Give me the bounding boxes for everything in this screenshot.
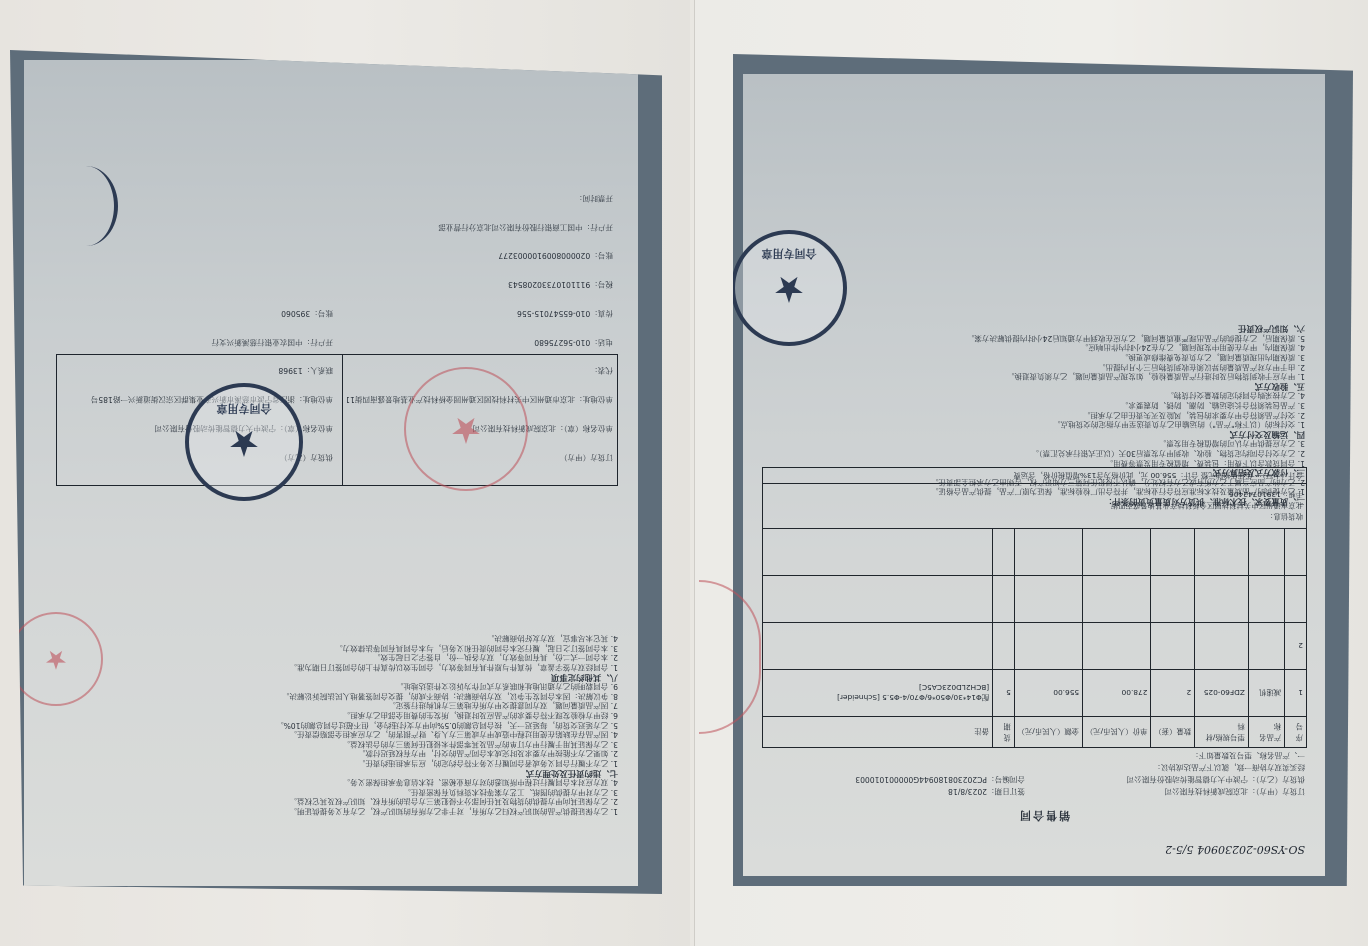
buyer-bank-row: 开户行：中国工商银行股份有限公司北京分行营业部 <box>347 222 613 232</box>
table-cell: 2 <box>1151 670 1195 717</box>
table-cell <box>763 529 993 576</box>
table-cell <box>1285 576 1307 623</box>
seller-bank-row: 开户行：中国农业银行慈溪新兴支行 <box>61 337 333 347</box>
table-cell <box>993 576 1015 623</box>
buyer-tax-row: 税号：91110107330208543 <box>347 280 613 290</box>
contract-number: 合同编号：PC202308180944G000001010003 <box>855 774 1025 784</box>
column-header: 备注 <box>763 717 993 748</box>
handwritten-note: SO-YS60-20230904 5/5-2 <box>1165 843 1305 856</box>
table-cell <box>1014 623 1082 670</box>
clause-line: 8. 争议解决：因本合同发生争议，双方协商解决；协商不成的，提交合同签署地人民法… <box>58 691 618 701</box>
column-header: 型号规格/材料 <box>1195 717 1249 748</box>
clause-line: 1. 乙方保证提供产品的知识产权归乙方所有，对于非乙方所有的知识产权，乙方有义务… <box>58 806 618 816</box>
right-page-sheet: SO-YS60-20230904 5/5-2 销售合同 订货方（甲方）：北京院成… <box>694 0 1368 946</box>
clause-line: 2. 乙方保证其向甲方提供的货物及其任何部分不侵犯第三方合法的所有权、知识产权及… <box>58 797 618 807</box>
table-cell <box>1248 576 1284 623</box>
table-row: 2 <box>763 623 1307 670</box>
clause-line: 4. 质保期内，甲方在使用中发现问题，乙方在24小时内作出响应。 <box>765 343 1305 353</box>
clause-line: 2. 由于甲方对产品质量的异议须在收到货物后三个月内提出。 <box>765 362 1305 372</box>
clause-line: 7. 因产品质量问题，双方同意提交甲方所在地第三方机构进行鉴定。 <box>58 701 618 711</box>
clause-line: 4. 乙方按采购合同约定的数量交付货物。 <box>765 391 1305 401</box>
clause-line: 四、运输及交付方式 <box>765 429 1305 439</box>
right-clauses: 二、质量要求、技术标准、供货方对质量负责的条件：1. 乙方提供的产品质量及技术标… <box>765 324 1305 506</box>
clause-line: 1. 乙方不履行合同义务或者合同履行义务不符合约定的，应当承担违约责任。 <box>58 758 618 768</box>
table-cell <box>993 529 1015 576</box>
clause-line: 七、违约责任及处理方式 <box>58 768 618 778</box>
clause-line: 5. 质保期后，乙方提供的产品出现严重质量问题，乙方应在收到甲方通知后24小时内… <box>765 333 1305 343</box>
table-cell <box>1151 576 1195 623</box>
buyer-line: 订货方（甲方）：北京院成新科技有限公司 <box>1165 786 1305 796</box>
clause-line: 2. 交付产品须符合甲方要求的包装，风险及灭失责任由乙方承担。 <box>765 410 1305 420</box>
clause-line: 2. 乙方的产品应当属于乙方所有或乙方有权处分，确认不侵犯任何第三方知识产权，否… <box>765 477 1305 487</box>
table-cell <box>1248 623 1284 670</box>
partial-stamp-arc <box>54 166 118 246</box>
buyer-date-row: 开票时间： <box>347 193 613 203</box>
table-cell <box>763 623 993 670</box>
right-page-content: SO-YS60-20230904 5/5-2 销售合同 订货方（甲方）：北京院成… <box>743 74 1325 876</box>
column-header: 序号 <box>1285 717 1307 748</box>
table-cell: 556.00 <box>1014 670 1082 717</box>
section1-intro: 一、产品名称、型号及数量如下： <box>1191 750 1305 760</box>
left-page-content: 1. 乙方保证提供产品的知识产权归乙方所有，对于非乙方所有的知识产权，乙方有义务… <box>24 60 638 886</box>
table-row: 1减速机ZDF60-0252278.00556.005配Φ14*30/Φ50*6… <box>763 670 1307 717</box>
buyer-fax-row: 传真：010-65547015-556 <box>347 308 613 318</box>
clause-line: 3. 质保期内出现质量问题，乙方负责免费维修或更换。 <box>765 353 1305 363</box>
table-cell: 减速机 <box>1248 670 1284 717</box>
stamp-label: 合同专用章 <box>762 246 817 262</box>
column-header: 数量（套） <box>1151 717 1195 748</box>
seller-contract-blue-stamp: ★ 合同专用章 <box>731 230 847 346</box>
seller-contract-blue-stamp: ★ 合同专用章 <box>185 383 303 501</box>
table-cell <box>1195 576 1249 623</box>
clause-line: 1. 交付标的（以下称"产品"）的运输由乙方负责送至甲方指定的交货地点。 <box>765 420 1305 430</box>
table-cell: 2 <box>1285 623 1307 670</box>
table-cell <box>1195 529 1249 576</box>
clause-line: 1. 合同货款含以下费用：包装费、增值税专用发票等费用。 <box>765 458 1305 468</box>
edge-red-seal: ★ <box>9 612 103 706</box>
column-header: 产品名称 <box>1248 717 1284 748</box>
table-cell <box>763 576 993 623</box>
clause-line: 3. 乙方应提供甲方认可的增值税专用发票。 <box>765 439 1305 449</box>
clause-line: 3. 乙方对甲方提供的图纸、工艺方案等技术资料负有保密责任。 <box>58 787 618 797</box>
clause-line: 1. 合同经双方签字盖章，传真件与原件具有同等效力，合同生效以传真件上的合同签订… <box>58 663 618 673</box>
contract-title: 销售合同 <box>1018 808 1070 824</box>
column-header: 货期 <box>993 717 1015 748</box>
table-cell <box>1083 529 1151 576</box>
goods-table: 序号产品名称型号规格/材料数量（套）单价（人民币/元）金额（人民币/元）货期备注… <box>762 467 1307 748</box>
clause-line: 9. 合同载明的乙方通讯地址和联系方式可作为诉讼文件送达地址。 <box>58 682 618 692</box>
table-cell <box>1083 576 1151 623</box>
clause-line: 4. 双方应对本合同履行过程中所知悉的对方商业秘密、技术信息等承担保密义务。 <box>58 778 618 788</box>
clause-line: 三、付款方式及结算方式 <box>765 468 1305 478</box>
clause-line: 4. 其它未尽事宜，双方友好协商解决。 <box>58 634 618 644</box>
table-cell: ZDF60-025 <box>1195 670 1249 717</box>
clause-line: 六、知识产权责任 <box>765 324 1305 334</box>
buyer-company-red-stamp: ★ <box>404 367 528 491</box>
sign-date: 签订日期：2023/8/18 <box>948 786 1025 796</box>
table-cell: 1 <box>1285 670 1307 717</box>
table-cell <box>1195 623 1249 670</box>
left-clauses: 1. 乙方保证提供产品的知识产权归乙方所有，对于非乙方所有的知识产权，乙方有义务… <box>58 634 618 816</box>
party-signature-box: 订货方（甲方） 单位名称（章）：北京院成新科技有限公司 单位地址：北京市通州区中… <box>56 354 618 486</box>
clause-line: 1. 甲方应于收到货物后及时进行产品质量检验，如发现产品质量问题，乙方须负责退换… <box>765 372 1305 382</box>
table-header-row: 序号产品名称型号规格/材料数量（套）单价（人民币/元）金额（人民币/元）货期备注 <box>763 717 1307 748</box>
table-cell: 配Φ14*30/Φ50*6/Φ70/4-Φ5.5 [Schneider] [BC… <box>763 670 993 717</box>
table-cell <box>1248 529 1284 576</box>
table-cell: 278.00 <box>1083 670 1151 717</box>
table-cell <box>993 623 1015 670</box>
clause-line: 3. 本合同签订之日起，履行完本合同的责任和义务后，与本合同具有同等法律效力。 <box>58 643 618 653</box>
table-row <box>763 576 1307 623</box>
left-page-rotated: 1. 乙方保证提供产品的知识产权归乙方所有，对于非乙方所有的知识产权，乙方有义务… <box>24 60 638 886</box>
clause-line: 5. 乙方延迟交货的，每延迟一天，按合同总额的0.5%向甲方支付违约金，但不超过… <box>58 720 618 730</box>
clause-line: 五、验收方式 <box>765 381 1305 391</box>
left-page-sheet: 1. 乙方保证提供产品的知识产权归乙方所有，对于非乙方所有的知识产权，乙方有义务… <box>0 0 690 946</box>
intro-line: 经买卖双方协商一致，就以下产品达成协议： <box>1153 762 1305 772</box>
table-cell <box>1285 529 1307 576</box>
clause-line: 二、质量要求、技术标准、供货方对质量负责的条件： <box>765 496 1305 506</box>
clause-line: 八、其他约定事项 <box>58 672 618 682</box>
table-cell <box>1083 623 1151 670</box>
clause-line: 1. 乙方提供的产品质量及技术标准应符合行业标准，并符合出厂检验标准，保证为原厂… <box>765 487 1305 497</box>
clause-line: 2. 乙方交付合同约定货物、验收、收到甲方发票后30天（以正式银行承兑汇票）。 <box>765 448 1305 458</box>
star-icon: ★ <box>450 411 482 447</box>
seller-address-row: 单位地址：浙江省宁波市慈溪市新兴产业集群区宗汉街道新兴一路185号 <box>61 395 333 405</box>
star-icon: ★ <box>44 646 67 672</box>
star-icon: ★ <box>773 270 805 306</box>
seller-line: 供货方（乙方）：宁波中大力德智能传动股份有限公司 <box>1127 774 1305 784</box>
buyer-phone-row: 电话：010-56275680 <box>347 337 613 347</box>
buyer-account-row: 账号：0200008009100003277 <box>347 251 613 261</box>
table-cell <box>1014 529 1082 576</box>
column-header: 金额（人民币/元） <box>1014 717 1082 748</box>
table-cell <box>1014 576 1082 623</box>
clause-line: 2. 本合同一式二份，具有同等效力，双方各执一份，自签字之日起生效。 <box>58 653 618 663</box>
table-cell <box>1151 623 1195 670</box>
column-header: 单价（人民币/元） <box>1083 717 1151 748</box>
clause-line: 6. 经甲方检验发现不符合要求的产品应及时退换，所发生的费用全部由乙方承担。 <box>58 710 618 720</box>
clause-line: 3. 产品包装须符合长途运输、防潮、防锈、防震要求。 <box>765 400 1305 410</box>
table-cell: 5 <box>993 670 1015 717</box>
clause-line: 2. 如果乙方不能按甲方要求及时完成本合同产品的交付，甲方有权延迟付款。 <box>58 749 618 759</box>
clause-line: 4. 因产品存在缺陷在使用过程中造成甲方或第三方人身、财产损害的，乙方应承担全部… <box>58 730 618 740</box>
right-page-rotated: SO-YS60-20230904 5/5-2 销售合同 订货方（甲方）：北京院成… <box>743 74 1325 876</box>
star-icon: ★ <box>228 424 260 460</box>
right-page-scan: SO-YS60-20230904 5/5-2 销售合同 订货方（甲方）：北京院成… <box>733 54 1353 886</box>
left-page-scan: 1. 乙方保证提供产品的知识产权归乙方所有，对于非乙方所有的知识产权，乙方有义务… <box>10 50 662 894</box>
table-cell <box>1151 529 1195 576</box>
clause-line: 3. 乙方保证其用于履行甲方订单的产品及其零部件未侵犯任何第三方的合法权益。 <box>58 739 618 749</box>
stamp-label: 合同专用章 <box>217 401 272 417</box>
table-row <box>763 529 1307 576</box>
seller-contact-row: 联系人：13968 <box>61 366 333 376</box>
seller-account-row: 账号：395060 <box>61 308 333 318</box>
